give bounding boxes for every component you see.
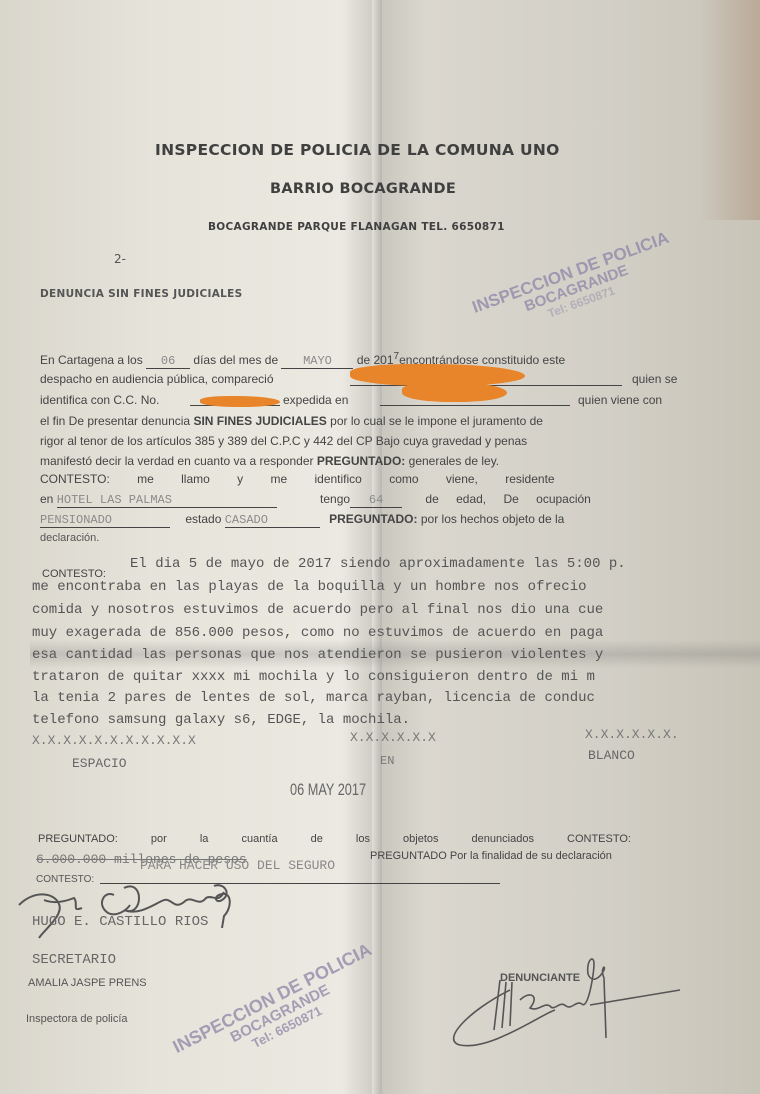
text: días del mes de bbox=[193, 353, 278, 367]
paper-fold bbox=[372, 0, 382, 1094]
statement-line: trataron de quitar xxxx mi mochila y lo … bbox=[32, 669, 595, 685]
complainant-signature bbox=[450, 950, 690, 1060]
intro-line-5: rigor al tenor de los artículos 385 y 38… bbox=[40, 434, 527, 448]
date-stamp: 06 MAY 2017 bbox=[290, 780, 366, 800]
age-field: 64 bbox=[350, 493, 402, 508]
intro-line-4: el fin De presentar denuncia SIN FINES J… bbox=[40, 414, 543, 428]
text: quien viene con bbox=[578, 393, 662, 407]
text: PREGUNTADO: bbox=[329, 512, 417, 526]
inspector-title: Inspectora de policía bbox=[26, 1013, 128, 1025]
text: en bbox=[40, 492, 53, 506]
issued-in-field bbox=[380, 405, 570, 406]
text: identifica con C.C. No. bbox=[40, 393, 159, 407]
blank-fill: X.X.X.X.X.X. bbox=[585, 727, 679, 742]
occupation-field: PENSIONADO bbox=[40, 513, 170, 528]
question-purpose: PREGUNTADO Por la finalidad de su declar… bbox=[370, 850, 612, 862]
statement-line: me encontraba en las playas de la boquil… bbox=[32, 579, 587, 595]
answer-purpose: PARA HACER USO DEL SEGURO bbox=[140, 858, 335, 873]
text: tengo bbox=[320, 492, 350, 506]
text: el fin De presentar denuncia bbox=[40, 414, 190, 428]
secretary-title: SECRETARIO bbox=[32, 952, 116, 968]
text: generales de ley. bbox=[409, 454, 500, 468]
stamp-line: BOCAGRANDE bbox=[179, 957, 382, 1071]
police-stamp-top: INSPECCION DE POLICIA BOCAGRANDE Tel: 66… bbox=[470, 229, 681, 343]
intro-line-6: manifestó decir la verdad en cuanto va a… bbox=[40, 454, 499, 468]
intro-line-10: declaración. bbox=[40, 532, 99, 544]
text: estado bbox=[185, 512, 221, 526]
question-amount: PREGUNTADO: por la cuantía de los objeto… bbox=[38, 833, 631, 845]
redaction-place bbox=[402, 382, 507, 402]
text: SIN FINES JUDICIALES bbox=[193, 414, 326, 428]
office-address: BOCAGRANDE PARQUE FLANAGAN TEL. 6650871 bbox=[208, 221, 505, 233]
blank-word: EN bbox=[380, 754, 394, 768]
intro-line-8: en HOTEL LAS PALMAS tengo64 de edad, De … bbox=[40, 492, 591, 508]
text: por los hechos objeto de la bbox=[421, 512, 564, 526]
residence-field: HOTEL LAS PALMAS bbox=[57, 493, 277, 508]
month-field: MAYO bbox=[281, 354, 353, 369]
secretary-signature bbox=[14, 880, 314, 940]
page-mark: 2- bbox=[114, 252, 126, 266]
text: quien se bbox=[632, 372, 677, 386]
office-subtitle: BARRIO BOCAGRANDE bbox=[270, 181, 456, 197]
document-type: DENUNCIA SIN FINES JUDICIALES bbox=[40, 288, 242, 300]
office-title: INSPECCION DE POLICIA DE LA COMUNA UNO bbox=[155, 141, 560, 159]
intro-line-9: PENSIONADO estado CASADO PREGUNTADO: por… bbox=[40, 512, 564, 528]
blank-fill: X.X.X.X.X.X bbox=[350, 730, 436, 745]
text: de edad, De ocupación bbox=[425, 492, 590, 506]
secretary-name: HUGO E. CASTILLO RIOS bbox=[32, 914, 208, 930]
statement-line: muy exagerada de 856.000 pesos, como no … bbox=[32, 625, 603, 641]
text: En Cartagena a los bbox=[40, 353, 143, 367]
police-stamp-bottom: INSPECCION DE POLICIA BOCAGRANDE Tel: 66… bbox=[170, 940, 388, 1083]
blank-fill: X.X.X.X.X.X.X.X.X.X.X bbox=[32, 733, 196, 748]
text: por lo cual se le impone el juramento de bbox=[330, 414, 543, 428]
civil-status-field: CASADO bbox=[225, 513, 320, 528]
statement-line: comida y nosotros estuvimos de acuerdo p… bbox=[32, 602, 603, 618]
text: expedida en bbox=[283, 393, 348, 407]
intro-line-2: despacho en audiencia pública, compareci… bbox=[40, 372, 274, 386]
text: me llamo y me identifico como viene, res… bbox=[137, 472, 554, 486]
statement-line: telefono samsung galaxy s6, EDGE, la moc… bbox=[32, 712, 410, 728]
statement-line: El dia 5 de mayo de 2017 siendo aproxima… bbox=[130, 556, 626, 572]
day-field: 06 bbox=[146, 354, 190, 369]
blank-word: BLANCO bbox=[588, 748, 635, 763]
redaction-id bbox=[200, 396, 280, 407]
text: despacho en audiencia pública, compareci… bbox=[40, 372, 274, 386]
paper-shadow bbox=[700, 0, 760, 220]
intro-line-7: CONTESTO: me llamo y me identifico como … bbox=[40, 472, 555, 486]
text: CONTESTO: bbox=[40, 472, 110, 486]
blank-word: ESPACIO bbox=[72, 756, 127, 771]
inspector-name: AMALIA JASPE PRENS bbox=[28, 977, 147, 989]
statement-line: la tenia 2 pares de lentes de sol, marca… bbox=[32, 690, 595, 706]
photocopy-smudge bbox=[30, 640, 760, 668]
text: PREGUNTADO: bbox=[317, 454, 405, 468]
text: manifestó decir la verdad en cuanto va a… bbox=[40, 454, 314, 468]
